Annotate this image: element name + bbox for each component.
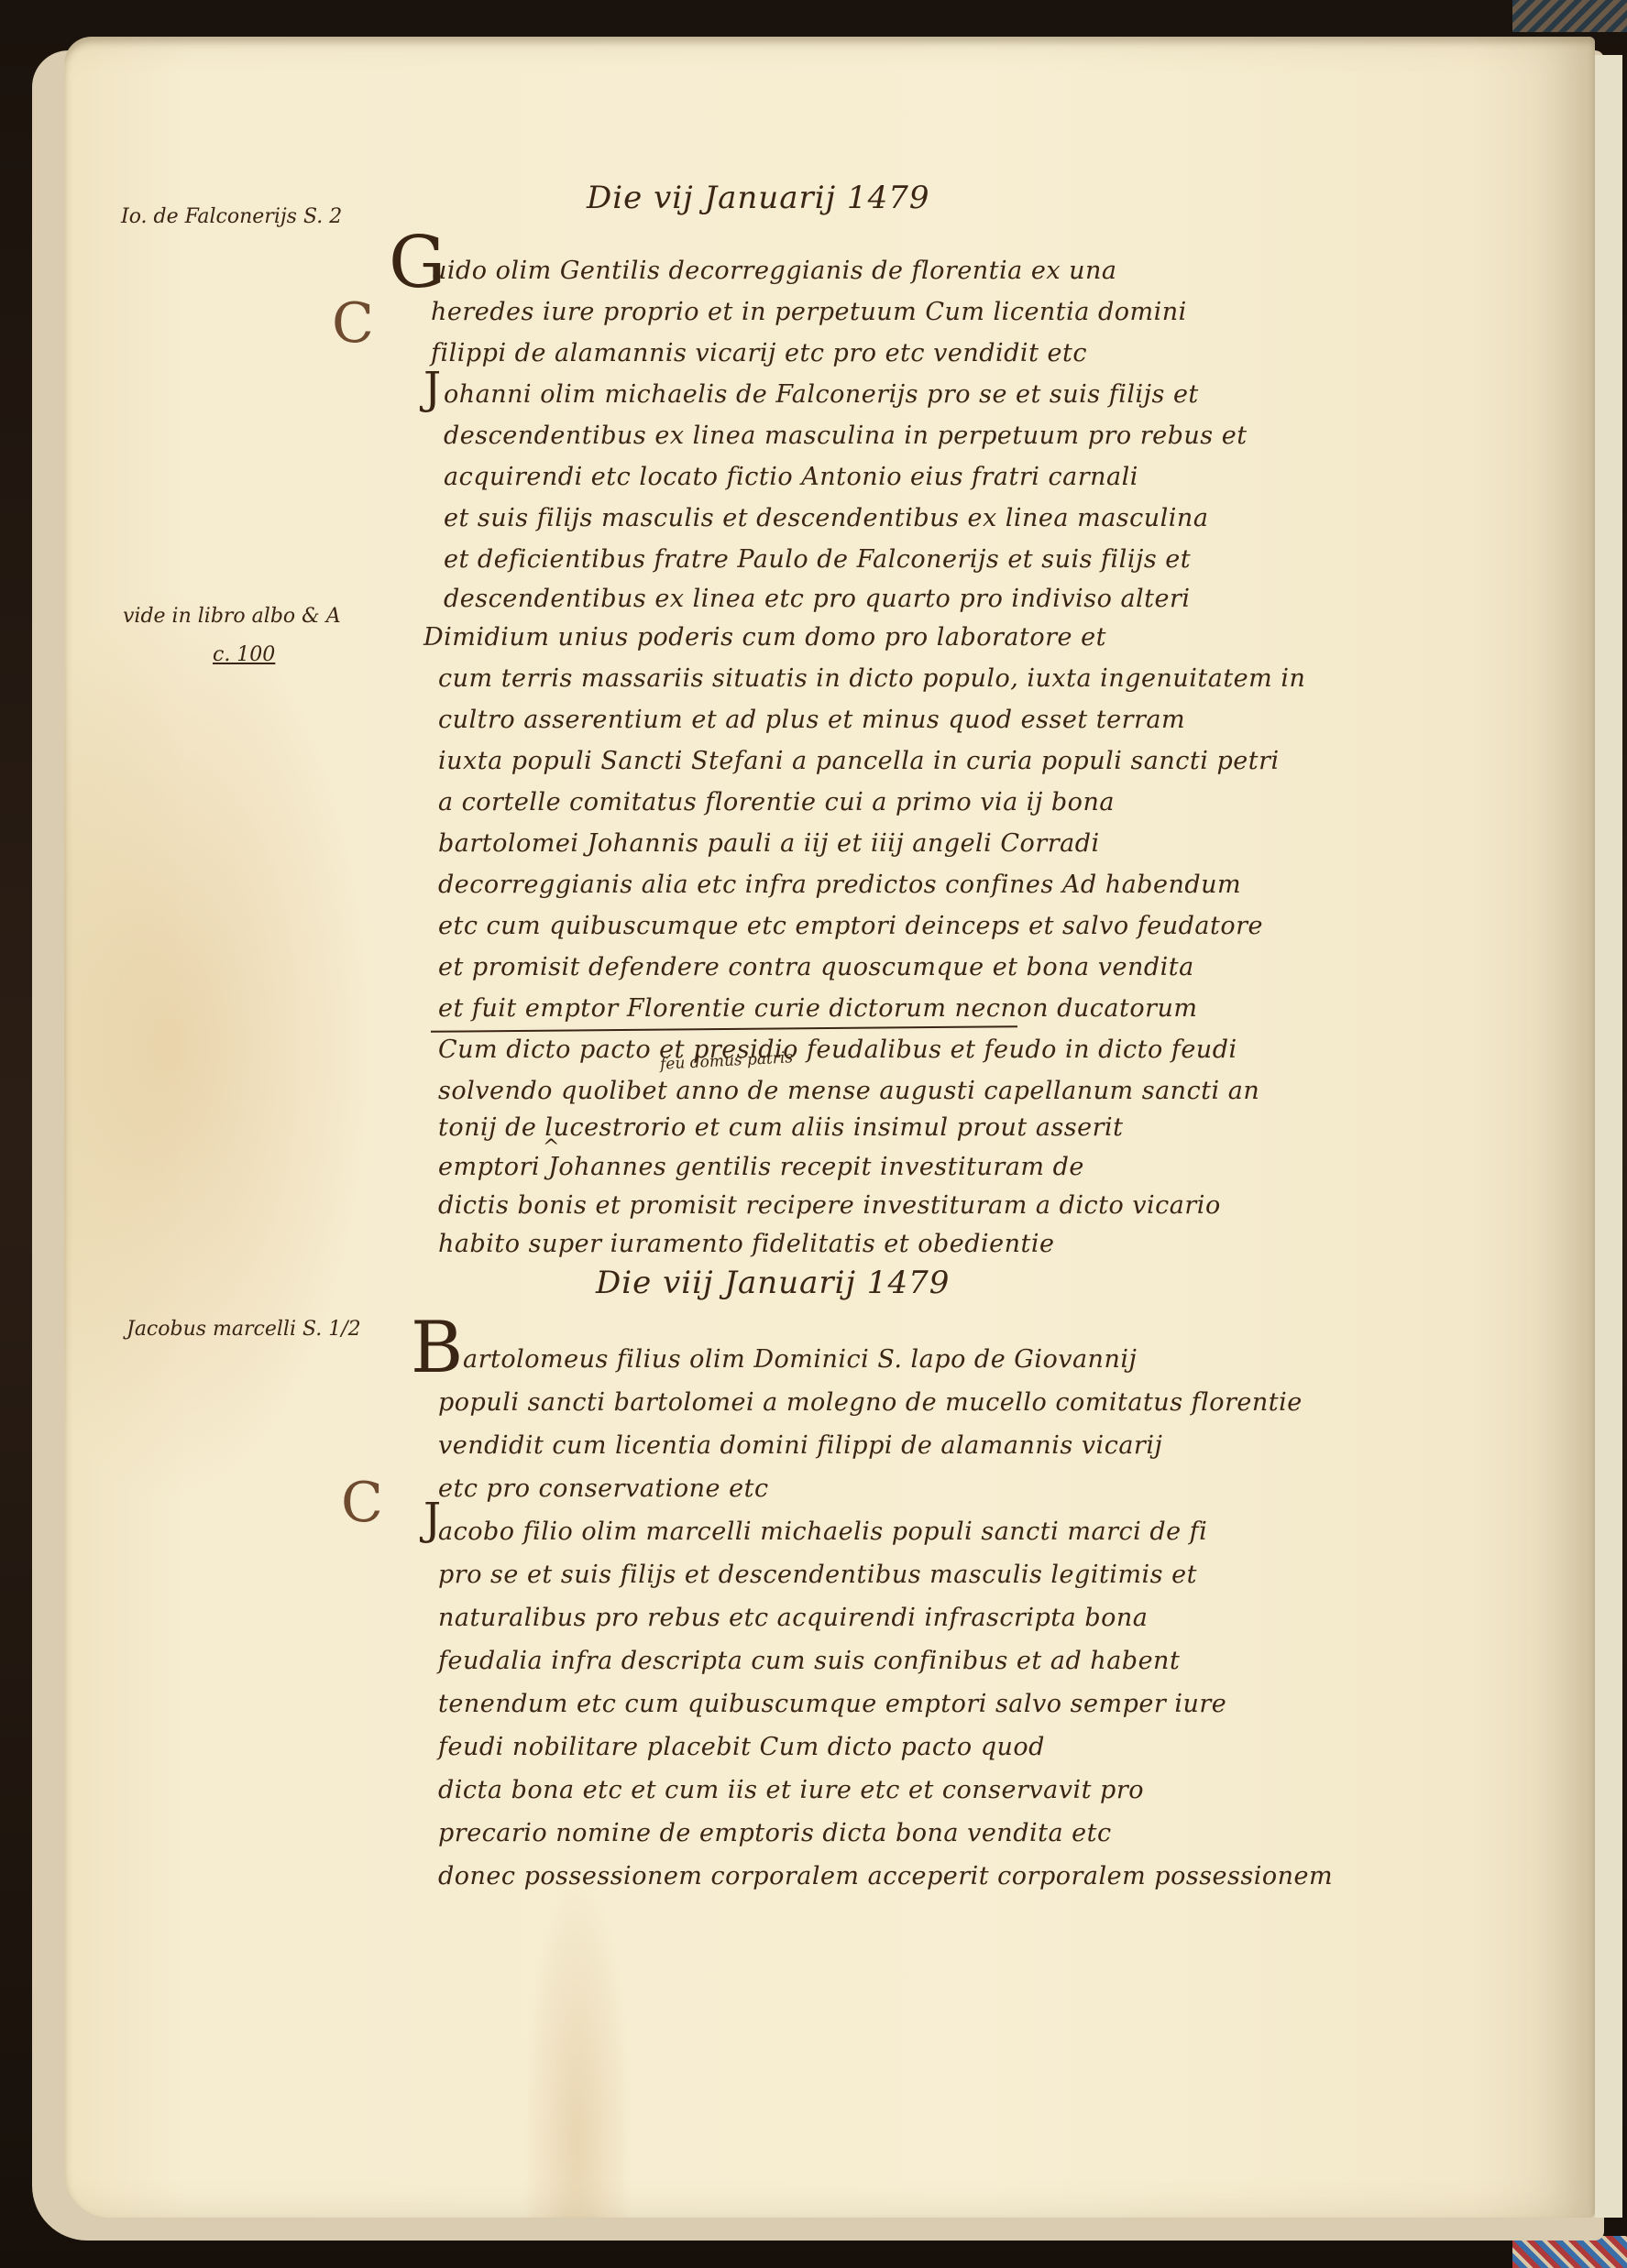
entry1-line: cum terris massariis situatis in dicto p… [438, 664, 1305, 693]
entry2-line: artolomeus filius olim Dominici S. lapo … [463, 1345, 1137, 1374]
headband-bottom [1512, 2236, 1627, 2268]
entry2-line: donec possessionem corporalem acceperit … [438, 1862, 1333, 1890]
entry2-line: vendidit cum licentia domini filippi de … [438, 1431, 1162, 1460]
entry1-line: acquirendi etc locato fictio Antonio eiu… [444, 463, 1138, 491]
entry1-line: a cortelle comitatus florentie cui a pri… [438, 788, 1115, 816]
entry1-line: Dimidium unius poderis cum domo pro labo… [423, 623, 1106, 652]
entry1-line: dictis bonis et promisit recipere invest… [438, 1191, 1221, 1220]
entry2-line: populi sancti bartolomei a molegno de mu… [438, 1388, 1303, 1417]
entry1-margin-reference-folio: c. 100 [213, 643, 275, 666]
entry1-line: descendentibus ex linea etc pro quarto p… [444, 585, 1191, 613]
entry1-line: et fuit emptor Florentie curie dictorum … [438, 994, 1198, 1023]
entry1-line: solvendo quolibet anno de mense augusti … [438, 1077, 1259, 1105]
entry2-line: precario nomine de emptoris dicta bona v… [438, 1819, 1112, 1847]
entry2-margin-mark: C [341, 1471, 383, 1535]
entry1-line: cultro asserentium et ad plus et minus q… [438, 706, 1185, 734]
entry2-line: pro se et suis filijs et descendentibus … [438, 1561, 1197, 1589]
entry1-line: etc cum quibuscumque etc emptori deincep… [438, 912, 1263, 940]
entry2-line: naturalibus pro rebus etc acquirendi inf… [438, 1604, 1148, 1632]
entry1-margin-note: Io. de Falconerijs S. 2 [121, 205, 342, 228]
entry2-line: dicta bona etc et cum iis et iure etc et… [438, 1776, 1144, 1804]
entry2-line: feudalia infra descripta cum suis confin… [438, 1647, 1180, 1675]
entry1-paragraph-initial: J [423, 367, 441, 411]
entry1-margin-reference: vide in libro albo & A [123, 605, 341, 628]
entry1-line: et suis filijs masculis et descendentibu… [444, 504, 1208, 532]
entry1-line-final: habito super iuramento fidelitatis et ob… [438, 1230, 1055, 1258]
entry1-line: filippi de alamannis vicarij etc pro etc… [431, 339, 1087, 367]
entry2-initial: B [411, 1312, 463, 1384]
adjacent-leaf [1595, 55, 1622, 2218]
entry1-line: decorreggianis alia etc infra predictos … [438, 871, 1241, 899]
entry2-line: acobo filio olim marcelli michaelis popu… [438, 1517, 1207, 1546]
entry2-margin-note: Jacobus marcelli S. 1/2 [126, 1318, 361, 1341]
entry2-line: tenendum etc cum quibuscumque emptori sa… [438, 1690, 1226, 1718]
entry1-line: tonij de lucestrorio et cum aliis insimu… [438, 1113, 1124, 1142]
entry1-line: ohanni olim michaelis de Falconerijs pro… [444, 380, 1199, 409]
headband-top [1512, 0, 1627, 32]
entry1-line: bartolomei Johannis pauli a iij et iiij … [438, 829, 1100, 858]
entry2-line: etc pro conservatione etc [438, 1474, 769, 1503]
entry1-line: descendentibus ex linea masculina in per… [444, 422, 1248, 450]
entry1-line: emptori Johannes gentilis recepit invest… [438, 1153, 1084, 1181]
entry1-date-header: Die vij Januarij 1479 [587, 180, 929, 216]
entry1-line: et deficientibus fratre Paulo de Falcone… [444, 545, 1191, 574]
entry1-line-underlined: Cum dicto pacto et presidio feudalibus e… [438, 1035, 1237, 1064]
entry1-line: et promisit defendere contra quoscumque … [438, 953, 1194, 981]
entry2-line: feudi nobilitare placebit Cum dicto pact… [438, 1733, 1045, 1761]
entry2-date-header: Die viij Januarij 1479 [596, 1265, 950, 1301]
entry1-line: uido olim Gentilis decorreggianis de flo… [431, 257, 1117, 285]
entry1-line: iuxta populi Sancti Stefani a pancella i… [438, 747, 1280, 775]
entry1-margin-mark: C [332, 291, 374, 356]
entry1-line: heredes iure proprio et in perpetuum Cum… [431, 298, 1187, 326]
